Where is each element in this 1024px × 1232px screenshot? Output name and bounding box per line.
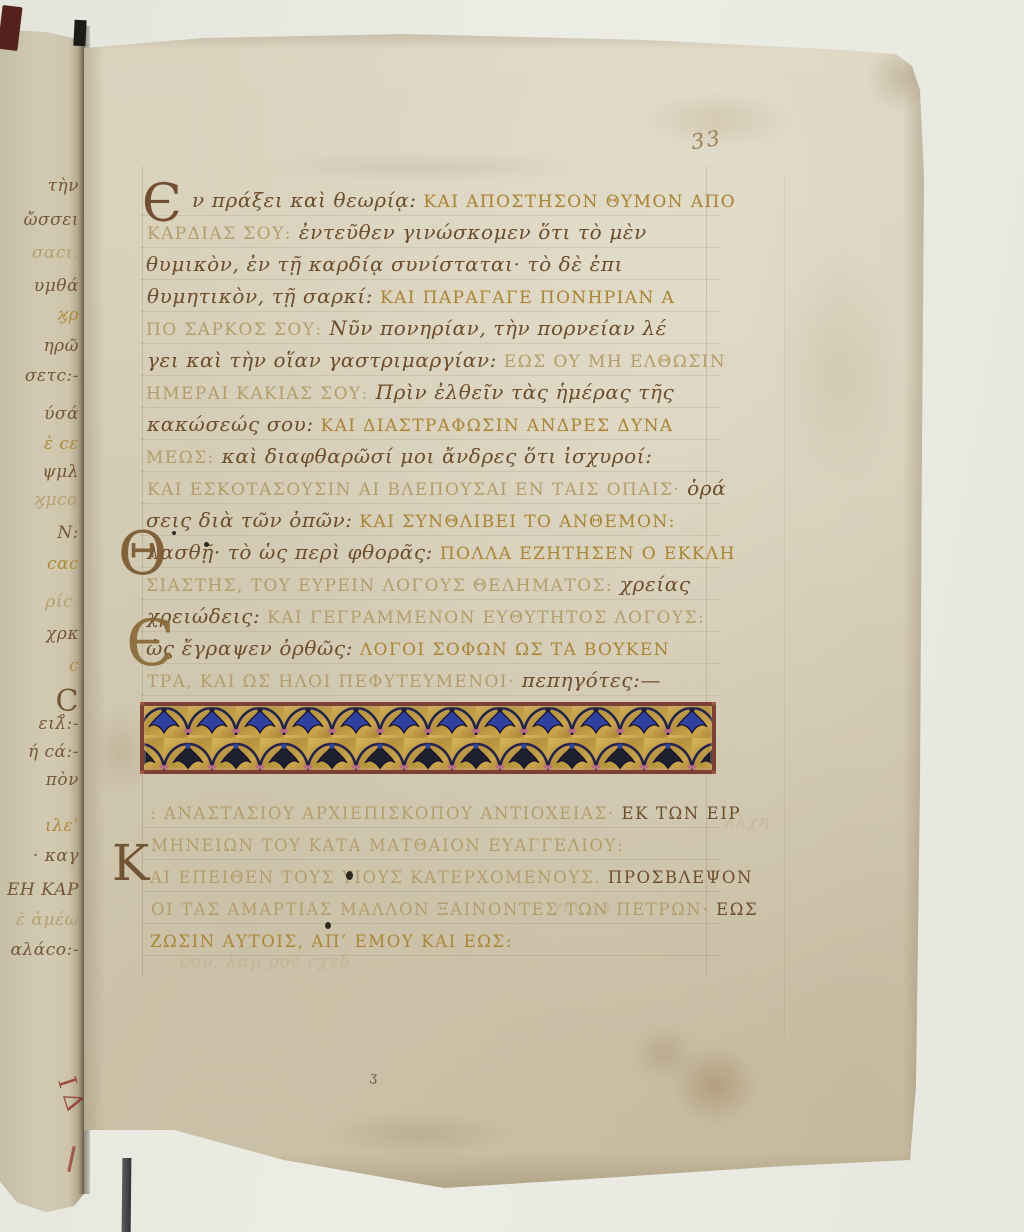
previous-folio-fragment: ϗμϲα (34, 490, 79, 510)
text-segment: ΣΙΑΣΤΗΣ, ΤΟΥ ΕΥΡΕΙΝ ΛΟΓΟΥΣ ΘΕΛΗΜΑΤΟΣ: (146, 576, 613, 596)
previous-folio-fragment: τὴν (48, 176, 79, 196)
text-segment: ΕΩΣ (716, 900, 758, 919)
bookmark-ribbon (122, 1158, 132, 1232)
parchment-stain (868, 42, 938, 112)
initial-letter: Θ (118, 524, 167, 584)
previous-folio-edge: τὴνὤσσεισαϲι.υμθάϗρηρῶσετϲ:-ύσάὲ ϲεψμλϗμ… (0, 0, 84, 1232)
folio-number: 33 (689, 126, 723, 155)
illuminated-headpiece (140, 702, 716, 774)
ink-blot (204, 542, 209, 547)
previous-folio-fragment: ὤσσει (24, 210, 79, 230)
manuscript-line: ὡς ἔγραψεν ὀρθῶς: ΛΟΓΟΙ ΣΟΦΩΝ ΩΣ ΤΑ ΒΟΥΚ… (146, 632, 712, 664)
manuscript-line: ΜΗΝΕΙΩΝ ΤΟΥ ΚΑΤΑ ΜΑΤΘΑΙΟΝ ΕΥΑΓΓΕΛΙΟΥ: (151, 830, 711, 862)
text-segment: ΟΙ ΤΑΣ ΑΜΑΡΤΙΑΣ ΜΑΛΛΟΝ ΞΑΙΝΟΝΤΕΣ ΤΩΝ ΠΕΤ… (151, 900, 716, 919)
ink-blot (325, 922, 331, 929)
manuscript-line: ΖΩΣΙΝ ΑΥΤΟΙΣ, ΑΠ’ ΕΜΟΥ ΚΑΙ ΕΩΣ: (150, 926, 710, 958)
text-segment: ΕΩΣ ΟΥ ΜΗ ΕΛΘΩΣΙΝ (497, 352, 726, 372)
text-segment: ΚΑΙ ΓΕΓΡΑΜΜΕΝΟΝ ΕΥΘΥΤΗΤΟΣ ΛΟΓΟΥΣ: (260, 608, 705, 628)
text-segment: ὁρά (680, 476, 726, 500)
previous-folio-fragment: ύσά (44, 404, 79, 424)
previous-folio-fragment: · καγ (33, 846, 79, 866)
previous-folio-fragment: Ν: (57, 523, 79, 543)
text-segment: ΛΟΓΟΙ ΣΟΦΩΝ ΩΣ ΤΑ ΒΟΥΚΕΝ (353, 640, 670, 660)
manuscript-line: λασθῇ· τὸ ὡς περὶ φθορᾶς: ΠΟΛΛΑ ΕΖΗΤΗΣΕΝ… (147, 536, 713, 568)
text-segment: : ΑΝΑΣΤΑΣΙΟΥ ΑΡΧΙΕΠΙΣΚΟΠΟΥ ΑΝΤΙΟΧΕΙΑΣ· (150, 804, 615, 823)
text-segment: ΠΟΛΛΑ ΕΖΗΤΗΣΕΝ Ο ΕΚΚΛΗ (433, 544, 736, 564)
photo-background: τὴνὤσσεισαϲι.υμθάϗρηρῶσετϲ:-ύσάὲ ϲεψμλϗμ… (0, 0, 1024, 1232)
manuscript-line: ΑΙ ΕΠΕΙΘΕΝ ΤΟΥΣ ΥΙΟΥΣ ΚΑΤΕΡΧΟΜΕΝΟΥΣ. ΠΡΟ… (150, 862, 710, 894)
stray-ink-mark: ʒ (369, 1069, 379, 1085)
text-segment: ΜΕΩΣ: (146, 448, 215, 468)
parchment-stain (774, 246, 904, 486)
manuscript-line: ΟΙ ΤΑΣ ΑΜΑΡΤΙΑΣ ΜΑΛΛΟΝ ΞΑΙΝΟΝΤΕΣ ΤΩΝ ΠΕΤ… (151, 894, 711, 926)
previous-folio-fragment: σαϲι. (32, 243, 79, 263)
parchment-stain (264, 154, 584, 180)
text-segment: Νῦν πονηρίαν, τὴν πορνείαν λέ (322, 316, 667, 340)
text-segment: ὡς ἔγραψεν ὀρθῶς: (146, 636, 353, 660)
previous-folio-fragment: ϗρ (57, 305, 79, 325)
previous-folio-fragment: ὲ ϲε (44, 434, 79, 454)
text-segment: ΠΟ ΣΑΡΚΟΣ ΣΟΥ: (146, 320, 322, 340)
text-segment: ΑΙ ΕΠΕΙΘΕΝ ΤΟΥΣ ΥΙΟΥΣ ΚΑΤΕΡΧΟΜΕΝΟΥΣ. (150, 868, 608, 887)
manuscript-line: ΗΜΕΡΑΙ ΚΑΚΙΑΣ ΣΟΥ: Πρὶν ἐλθεῖν τὰς ἡμέρα… (146, 376, 712, 408)
ink-blot (172, 531, 176, 535)
previous-folio-fragment: ρίϲ. (45, 592, 79, 612)
text-segment: θυμητικὸν, τῇ σαρκί: (147, 284, 373, 308)
text-segment: Πρὶν ἐλθεῖν τὰς ἡμέρας τῆς (369, 380, 675, 404)
manuscript-line: γει καὶ τὴν οἵαν γαστριμαργίαν: ΕΩΣ ΟΥ Μ… (147, 344, 713, 376)
previous-folio-fragment: ηρῶ (43, 336, 79, 356)
initial-letter: Є (142, 178, 182, 230)
text-segment: ΚΑΙ ΣΥΝΘΛΙΒΕΙ ΤΟ ΑΝΘΕΜΟΝ: (353, 512, 676, 532)
manuscript-line: : ΑΝΑΣΤΑΣΙΟΥ ΑΡΧΙΕΠΙΣΚΟΠΟΥ ΑΝΤΙΟΧΕΙΑΣ· Ε… (150, 798, 710, 830)
manuscript-line: ΚΑΙ ΕΣΚΟΤΑΣΟΥΣΙΝ ΑΙ ΒΛΕΠΟΥΣΑΙ ΕΝ ΤΑΙΣ ΟΠ… (147, 472, 713, 504)
previous-folio-fragment: χρκ (46, 624, 79, 644)
manuscript-line: σεις διὰ τῶν ὀπῶν: ΚΑΙ ΣΥΝΘΛΙΒΕΙ ΤΟ ΑΝΘΕ… (146, 504, 712, 536)
text-segment: καὶ διαφθαρῶσί μοι ἄνδρες ὅτι ἰσχυροί: (215, 444, 653, 468)
parchment-stain (670, 1044, 760, 1126)
text-segment: ν πράξει καὶ θεωρίᾳ: (192, 188, 417, 212)
text-segment: ΗΜΕΡΑΙ ΚΑΚΙΑΣ ΣΟΥ: (146, 384, 369, 404)
previous-folio-fragment: αλάϲο:- (11, 940, 79, 960)
previous-folio-fragment: ΕΗ ΚΑΡ (7, 880, 79, 900)
ruling-vertical (784, 176, 785, 1036)
text-segment: ΚΑΙ ΔΙΑΣΤΡΑΦΩΣΙΝ ΑΝΔΡΕΣ ΔΥΝΑ (314, 416, 674, 436)
text-segment: ΚΑΙ ΠΑΡΑΓΑΓΕ ΠΟΝΗΡΙΑΝ Α (373, 288, 675, 308)
previous-folio-fragment: υμθά (34, 276, 79, 296)
text-segment: κακώσεώς σου: (147, 412, 314, 436)
text-segment: γει καὶ τὴν οἵαν γαστριμαργίαν: (147, 348, 497, 372)
manuscript-line: θυμικὸν, ἐν τῇ καρδίᾳ συνίσταται· τὸ δὲ … (146, 248, 712, 280)
text-segment: ΚΑΙ ΕΣΚΟΤΑΣΟΥΣΙΝ ΑΙ ΒΛΕΠΟΥΣΑΙ ΕΝ ΤΑΙΣ ΟΠ… (147, 480, 680, 500)
text-segment: ΜΗΝΕΙΩΝ ΤΟΥ ΚΑΤΑ ΜΑΤΘΑΙΟΝ ΕΥΑΓΓΕΛΙΟΥ: (151, 836, 624, 855)
manuscript-line: θυμητικὸν, τῇ σαρκί: ΚΑΙ ΠΑΡΑΓΑΓΕ ΠΟΝΗΡΙ… (147, 280, 713, 312)
text-segment: ΖΩΣΙΝ ΑΥΤΟΙΣ, ΑΠ’ ΕΜΟΥ ΚΑΙ ΕΩΣ: (150, 932, 513, 951)
initial-letter: Κ (112, 838, 149, 888)
previous-folio-fragment: ϲαϲ (47, 554, 79, 574)
manuscript-line: ΜΕΩΣ: καὶ διαφθαρῶσί μοι ἄνδρες ὅτι ἰσχυ… (146, 440, 712, 472)
parchment-stain (324, 1112, 514, 1156)
manuscript-line: κακώσεώς σου: ΚΑΙ ΔΙΑΣΤΡΑΦΩΣΙΝ ΑΝΔΡΕΣ ΔΥ… (147, 408, 713, 440)
text-segment: ΤΡΑ, ΚΑΙ ΩΣ ΗΛΟΙ ΠΕΦΥΤΕΥΜΕΝΟΙ· (147, 672, 515, 692)
ink-blot (346, 871, 353, 880)
text-segment: θυμικὸν, ἐν τῇ καρδίᾳ συνίσταται· τὸ δὲ … (146, 252, 623, 276)
parchment-stain (632, 1024, 696, 1082)
manuscript-line: ν πράξει καὶ θεωρίᾳ: ΚΑΙ ΑΠΟΣΤΗΣΟΝ ΘΥΜΟΝ… (146, 184, 712, 216)
text-segment: ΚΑΙ ΑΠΟΣΤΗΣΟΝ ΘΥΜΟΝ ΑΠΟ (417, 192, 736, 212)
previous-folio-fragment: σετϲ:- (25, 366, 79, 386)
previous-folio-fragment: ὲ ἀμέω (16, 910, 79, 930)
manuscript-page: 33 ν πράξει καὶ θεωρίᾳ: ΚΑΙ ΑΠΟΣΤΗΣΟΝ ΘΥ… (84, 26, 928, 1198)
previous-folio-fragment: ειλ̊:- (38, 714, 79, 734)
manuscript-line: ΚΑΡΔΙΑΣ ΣΟΥ: ἐντεῦθεν γινώσκομεν ὅτι τὸ … (147, 216, 713, 248)
manuscript-line: χρειώδεις: ΚΑΙ ΓΕΓΡΑΜΜΕΝΟΝ ΕΥΘΥΤΗΤΟΣ ΛΟΓ… (147, 600, 713, 632)
text-segment: χρείας (613, 572, 691, 596)
text-segment: ΕΚ ΤΩΝ ΕΙΡ (615, 804, 742, 823)
manuscript-line: ΤΡΑ, ΚΑΙ ΩΣ ΗΛΟΙ ΠΕΦΥΤΕΥΜΕΝΟΙ· πεπηγότες… (147, 664, 713, 696)
upper-text-block: ν πράξει καὶ θεωρίᾳ: ΚΑΙ ΑΠΟΣΤΗΣΟΝ ΘΥΜΟΝ… (146, 184, 712, 696)
previous-folio-fragment: πὸν (46, 770, 79, 790)
text-segment: σεις διὰ τῶν ὀπῶν: (146, 508, 353, 532)
text-segment: ΠΡΟΣΒΛΕΨΟΝ (608, 868, 753, 887)
lower-text-block: : ΑΝΑΣΤΑΣΙΟΥ ΑΡΧΙΕΠΙΣΚΟΠΟΥ ΑΝΤΙΟΧΕΙΑΣ· Ε… (150, 798, 710, 958)
initial-letter: Є (126, 612, 175, 676)
previous-folio-fragment: ή ϲά:- (28, 742, 79, 762)
text-segment: λασθῇ· τὸ ὡς περὶ φθορᾶς: (147, 540, 433, 564)
text-segment: πεπηγότες:— (515, 668, 661, 692)
text-segment: ἐντεῦθεν γινώσκομεν ὅτι τὸ μὲν (292, 220, 647, 244)
previous-folio-fragment: ψμλ (42, 462, 79, 482)
manuscript-line: ΣΙΑΣΤΗΣ, ΤΟΥ ΕΥΡΕΙΝ ΛΟΓΟΥΣ ΘΕΛΗΜΑΤΟΣ: χρ… (146, 568, 712, 600)
gutter-notch (73, 20, 86, 47)
manuscript-line: ΠΟ ΣΑΡΚΟΣ ΣΟΥ: Νῦν πονηρίαν, τὴν πορνεία… (146, 312, 712, 344)
previous-folio-fragment: ιλε’ (45, 816, 79, 836)
